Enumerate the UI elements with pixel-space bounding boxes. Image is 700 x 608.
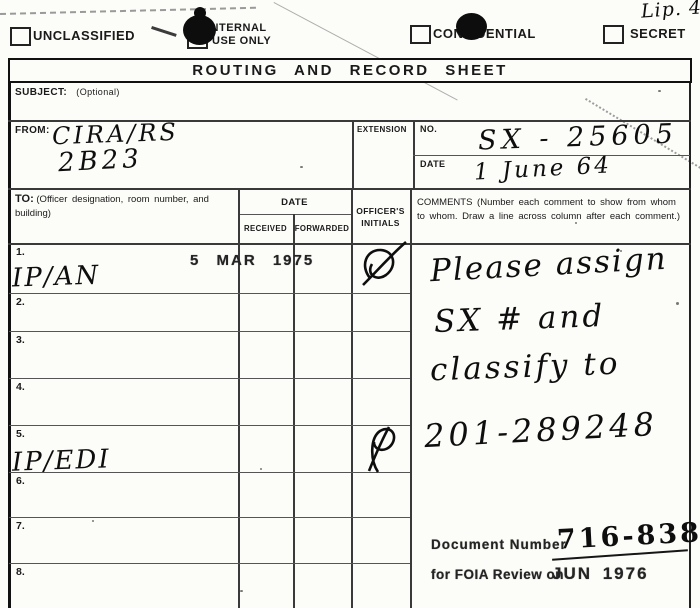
checkbox-secret — [603, 25, 624, 44]
ink-blob-confidential — [456, 13, 487, 40]
ink-blob-internal-top — [194, 7, 206, 19]
initials-header: OFFICER'S INITIALS — [351, 206, 410, 230]
form-title: ROUTING AND RECORD SHEET — [8, 58, 692, 83]
form-border-left — [8, 58, 11, 608]
corner-note: Lip. 43 — [640, 0, 700, 22]
row-number: 1. — [16, 246, 25, 258]
row-number: 4. — [16, 381, 25, 393]
row1-to-value: IP/AN — [12, 262, 101, 291]
foia-review-label: for FOIA Review on — [431, 567, 564, 582]
comment-line-3: classify to — [430, 349, 621, 387]
to-hint: (Officer designation, room number, and b… — [15, 194, 209, 219]
crease-line — [151, 26, 177, 37]
comment-file-number: 201-289248 — [423, 408, 658, 452]
to-label: TO: — [15, 193, 34, 205]
checkbox-confidential — [410, 25, 431, 44]
forwarded-header: FORWARDED — [293, 224, 351, 233]
col-line-received — [293, 214, 295, 608]
foia-review-date: JUN 1976 — [552, 564, 649, 584]
row-divider — [9, 378, 410, 379]
date-col-header: DATE — [238, 197, 351, 208]
no-divider — [413, 120, 415, 188]
initials-header-line1: OFFICER'S — [351, 206, 410, 218]
row-divider — [9, 425, 410, 426]
date-value: 1 June 64 — [473, 154, 612, 184]
officer-initials-scribble-2 — [362, 424, 404, 476]
row-divider — [9, 517, 410, 518]
subject-label-text: SUBJECT: — [15, 87, 67, 98]
subject-hint: (Optional) — [76, 87, 120, 97]
extension-label: EXTENSION — [357, 125, 407, 134]
crease-line — [274, 2, 458, 101]
row-divider — [9, 331, 410, 332]
row-divider — [9, 293, 410, 294]
secret-label: SECRET — [630, 26, 686, 41]
document-number-value: 716-838 — [556, 519, 700, 554]
col-line-forwarded — [351, 188, 353, 608]
row-number: 2. — [16, 296, 25, 308]
no-label: NO. — [420, 124, 437, 134]
officer-initials-scribble-1 — [358, 240, 410, 288]
comments-header: COMMENTS (Number each comment to show fr… — [417, 196, 683, 224]
comment-line-1: Please assign — [429, 244, 668, 287]
row5-to-value: IP/EDI — [12, 446, 111, 475]
from-bottom-line — [8, 188, 691, 190]
comment-line-2: SX # and — [434, 301, 606, 338]
col-line-initials — [410, 188, 412, 608]
row-number: 7. — [16, 520, 25, 532]
scanned-routing-sheet: Lip. 43 UNCLASSIFIED INTERNAL USE ONLY C… — [0, 0, 700, 608]
received-header: RECEIVED — [238, 224, 293, 233]
document-number-label: Document Number — [431, 537, 567, 552]
from-label: FROM: — [15, 125, 50, 136]
crease-line — [0, 7, 256, 15]
row-divider — [9, 563, 410, 564]
unclassified-label: UNCLASSIFIED — [33, 28, 135, 43]
no-value: SX - 25605 — [478, 121, 679, 155]
from-value-line1: CIRA/RS — [52, 120, 180, 148]
checkbox-unclassified — [10, 27, 31, 46]
from-value-line2: 2B23 — [57, 146, 143, 176]
row-number: 3. — [16, 334, 25, 346]
row-number: 5. — [16, 428, 25, 440]
col-line-to — [238, 188, 240, 608]
initials-header-line2: INITIALS — [351, 218, 410, 230]
ink-blob-internal — [183, 15, 216, 45]
subject-label: SUBJECT: (Optional) — [15, 87, 120, 98]
row-number: 8. — [16, 566, 25, 578]
to-header: TO: (Officer designation, room number, a… — [15, 192, 231, 221]
received-date-stamp: 5 MAR 1975 — [190, 252, 314, 269]
extension-divider — [352, 120, 354, 188]
date-label: DATE — [420, 159, 445, 169]
internal-use-label-line2: USE ONLY — [212, 35, 271, 47]
